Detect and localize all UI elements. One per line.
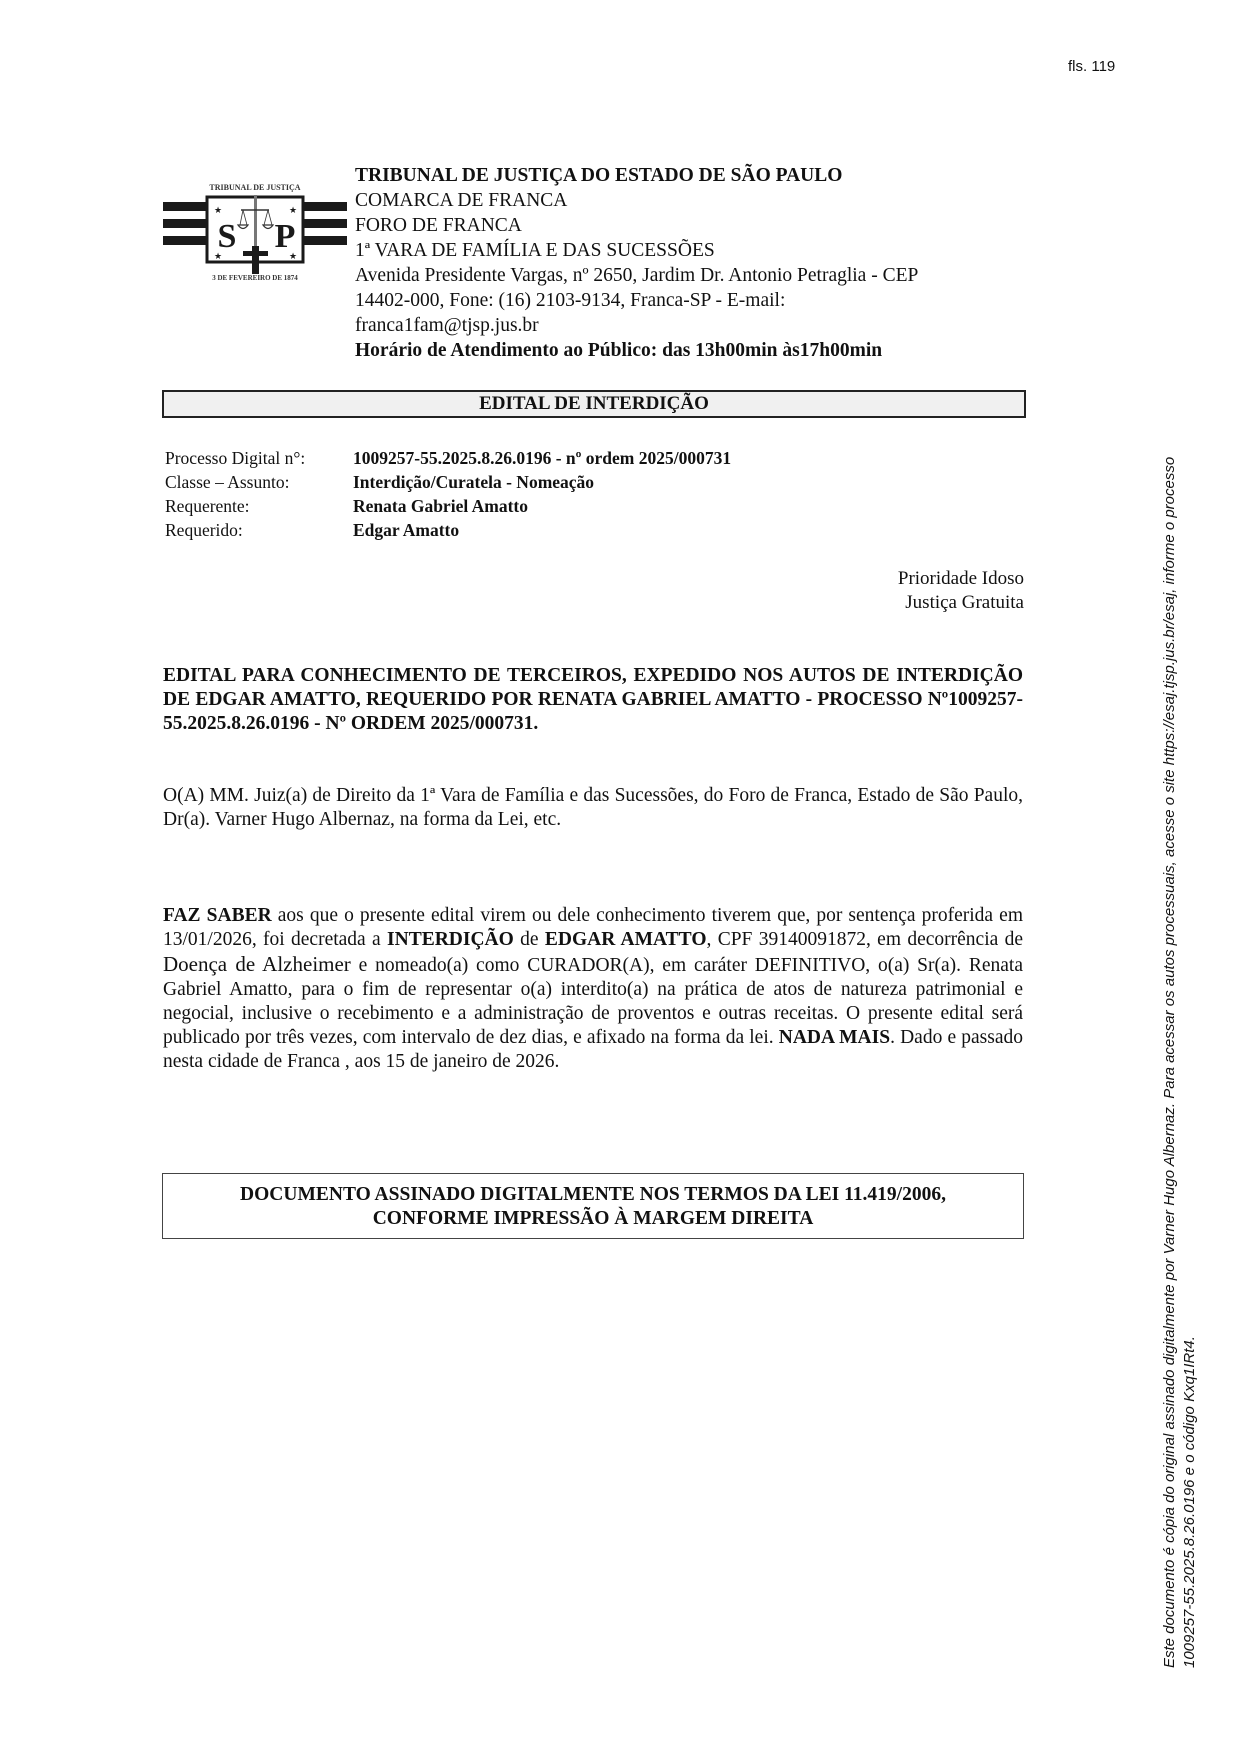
svg-text:★: ★ [214,205,222,215]
cause: Doença de Alzheimer [163,952,351,976]
case-flags: Prioridade Idoso Justiça Gratuita [898,567,1024,615]
case-info-table: Processo Digital n°: 1009257-55.2025.8.2… [165,446,731,542]
info-value: Edgar Amatto [353,518,731,542]
comarca: COMARCA DE FRANCA [355,188,995,213]
signature-line-1: DOCUMENTO ASSINADO DIGITALMENTE NOS TERM… [163,1183,1023,1207]
svg-text:★: ★ [289,205,297,215]
notice-heading: EDITAL PARA CONHECIMENTO DE TERCEIROS, E… [163,664,1023,736]
svg-text:TRIBUNAL DE JUSTIÇA: TRIBUNAL DE JUSTIÇA [209,183,300,192]
interdicted-name: EDGAR AMATTO [545,929,707,950]
svg-text:★: ★ [214,251,222,261]
interdiction-term: INTERDIÇÃO [387,929,514,950]
digital-signature-notice: DOCUMENTO ASSINADO DIGITALMENTE NOS TERM… [162,1173,1024,1239]
court-email: franca1fam@tjsp.jus.br [355,313,995,338]
address-line-2: 14402-000, Fone: (16) 2103-9134, Franca-… [355,288,995,313]
case-info-row: Classe – Assunto: Interdição/Curatela - … [165,470,731,494]
tjsp-emblem-icon: TRIBUNAL DE JUSTIÇA S P ★ ★ ★ ★ 3 DE FEV… [163,150,347,282]
case-info-row: Requerente: Renata Gabriel Amatto [165,494,731,518]
tjsp-logo: TRIBUNAL DE JUSTIÇA S P ★ ★ ★ ★ 3 DE FEV… [163,150,347,282]
flag-priority: Prioridade Idoso [898,567,1024,591]
document-title: EDITAL DE INTERDIÇÃO [162,390,1026,418]
decision-paragraph: FAZ SABER aos que o presente edital vire… [163,904,1023,1074]
foro: FORO DE FRANCA [355,213,995,238]
case-info-row: Processo Digital n°: 1009257-55.2025.8.2… [165,446,731,470]
signature-line-2: CONFORME IMPRESSÃO À MARGEM DIREITA [163,1207,1023,1231]
info-value: Interdição/Curatela - Nomeação [353,470,731,494]
flag-free-justice: Justiça Gratuita [898,591,1024,615]
margin-line-1: Este documento é cópia do original assin… [1160,268,1180,1668]
court-header: TRIBUNAL DE JUSTIÇA DO ESTADO DE SÃO PAU… [355,163,995,363]
office-hours: Horário de Atendimento ao Público: das 1… [355,338,995,363]
svg-text:S: S [218,218,237,255]
info-label: Processo Digital n°: [165,446,353,470]
info-value: Renata Gabriel Amatto [353,494,731,518]
page-number: fls. 119 [1068,58,1115,75]
judge-paragraph: O(A) MM. Juiz(a) de Direito da 1ª Vara d… [163,784,1023,832]
info-label: Classe – Assunto: [165,470,353,494]
vara: 1ª VARA DE FAMÍLIA E DAS SUCESSÕES [355,238,995,263]
lead-bold: FAZ SABER [163,905,272,926]
court-name: TRIBUNAL DE JUSTIÇA DO ESTADO DE SÃO PAU… [355,163,995,188]
svg-text:P: P [275,218,296,255]
case-info-row: Requerido: Edgar Amatto [165,518,731,542]
margin-line-2: 1009257-55.2025.8.26.0196 e o código Kxq… [1180,268,1200,1668]
address-line-1: Avenida Presidente Vargas, nº 2650, Jard… [355,263,995,288]
info-value: 1009257-55.2025.8.26.0196 - nº ordem 202… [353,446,731,470]
svg-text:★: ★ [289,251,297,261]
info-label: Requerente: [165,494,353,518]
svg-text:3 DE FEVEREIRO DE 1874: 3 DE FEVEREIRO DE 1874 [212,274,298,282]
margin-authentication-note: Este documento é cópia do original assin… [1160,268,1200,1668]
nada-mais: NADA MAIS [779,1027,890,1048]
info-label: Requerido: [165,518,353,542]
